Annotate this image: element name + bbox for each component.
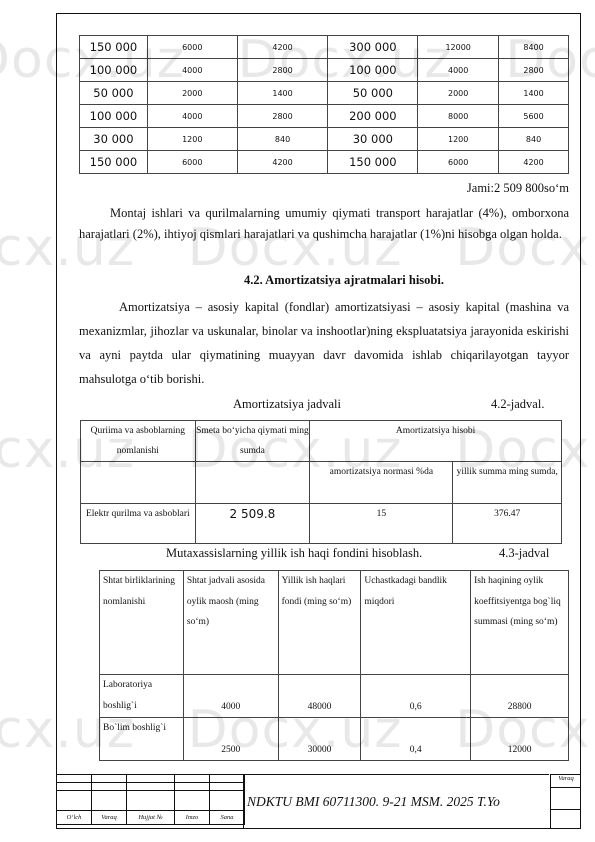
- table-cell: 28800: [471, 675, 569, 718]
- table-cell: 8400: [499, 36, 569, 59]
- table-cell: 6000: [418, 151, 499, 174]
- table-cell: 2800: [237, 105, 328, 128]
- table-row: 100 00040002800100 00040002800: [80, 59, 569, 82]
- sheet-label: Varaq: [551, 775, 581, 788]
- column-header: Uchastkadagi bandlik miqdori: [361, 571, 471, 675]
- table-cell: 2500: [183, 718, 278, 761]
- table-cell: 6000: [147, 36, 237, 59]
- table-cell: 150 000: [80, 151, 148, 174]
- table-cell: 4200: [237, 151, 328, 174]
- stamp-label: O‘lch: [57, 811, 92, 825]
- table-cell: 1400: [237, 82, 328, 105]
- table-cell: 2800: [237, 59, 328, 82]
- table-cell: 1200: [418, 128, 499, 151]
- paragraph-montaj: Montaj ishlari va qurilmalarning umumiy …: [79, 203, 569, 245]
- table-cell: 5600: [499, 105, 569, 128]
- table-cell: 0,6: [361, 675, 471, 718]
- table-cell: 300 000: [328, 36, 418, 59]
- table-cell: 30 000: [80, 128, 148, 151]
- table-cell: 840: [499, 128, 569, 151]
- table-cell: 8000: [418, 105, 499, 128]
- stamp-label: Hujjat №: [127, 811, 175, 825]
- table-cell: 1200: [147, 128, 237, 151]
- table42-caption: Amortizatsiya jadvali: [233, 394, 341, 415]
- amortization-table: Quriima va asboblarning nomlanishi Smeta…: [80, 420, 562, 544]
- table-row: 150 00060004200150 00060004200: [80, 151, 569, 174]
- table-row: 30 000120084030 0001200840: [80, 128, 569, 151]
- table42-number: 4.2-jadval.: [491, 394, 544, 415]
- table-cell: 6000: [147, 151, 237, 174]
- table-row: 50 0002000140050 00020001400: [80, 82, 569, 105]
- table-cell: 48000: [278, 675, 361, 718]
- row-name: Elektr qurilma va asboblari: [81, 504, 196, 544]
- column-header: Ish haqining oylik koeffitsiyentga bog`l…: [471, 571, 569, 675]
- table-row: 100 00040002800200 00080005600: [80, 105, 569, 128]
- table-cell: 4000: [418, 59, 499, 82]
- table-cell: 50 000: [80, 82, 148, 105]
- stamp-grid: O‘lchVaraqHujjat №ImzoSana: [56, 774, 245, 825]
- stamp-label: Varaq: [92, 811, 127, 825]
- table-cell: 200 000: [328, 105, 418, 128]
- table-cell: 50 000: [328, 82, 418, 105]
- table-cell: 1400: [499, 82, 569, 105]
- table-row: Laboratoriya boshlig`i4000480000,628800: [100, 675, 569, 718]
- table-cell: Bo`lim boshlig`i: [100, 718, 184, 761]
- salary-table: Shtat birliklarining nomlanishiShtat jad…: [99, 570, 569, 761]
- table-cell: 2000: [418, 82, 499, 105]
- column-header: Shtat jadvali asosida oylik maosh (ming …: [183, 571, 278, 675]
- table-cell: 30 000: [328, 128, 418, 151]
- header-cost: Smeta bo‘yicha qiymati ming sumda: [195, 421, 310, 462]
- section-title: 4.2. Amortizatsiya ajratmalari hisobi.: [79, 270, 569, 291]
- table-cell: 2000: [147, 82, 237, 105]
- paragraph-amortizatsiya: Amortizatsiya – asosiy kapital (fondlar)…: [79, 295, 569, 391]
- table-cell: 150 000: [328, 151, 418, 174]
- table-cell: 4000: [147, 105, 237, 128]
- table-cell: 30000: [278, 718, 361, 761]
- table-cell: 100 000: [80, 59, 148, 82]
- table43-caption: Mutaxassislarning yillik ish haqi fondin…: [166, 543, 422, 564]
- sheet-box: Varaq: [550, 774, 581, 829]
- table43-number: 4.3-jadval: [499, 543, 549, 564]
- stamp-label: Imzo: [175, 811, 210, 825]
- total-sum: Jami:2 509 800so‘m: [400, 178, 569, 199]
- table-cell: 840: [237, 128, 328, 151]
- table-row: Bo`lim boshlig`i2500300000,412000: [100, 718, 569, 761]
- table-cell: Laboratoriya boshlig`i: [100, 675, 184, 718]
- row-annual: 376.47: [453, 504, 562, 544]
- table-cell: 2800: [499, 59, 569, 82]
- table-cell: 4200: [499, 151, 569, 174]
- column-header: Shtat birliklarining nomlanishi: [100, 571, 184, 675]
- table-cell: 100 000: [80, 105, 148, 128]
- header-calc: Amortizatsiya hisobi: [310, 421, 562, 462]
- table-cell: 12000: [418, 36, 499, 59]
- document-code: NDKTU BMI 60711300. 9-21 MSM. 2025 T.Yo: [243, 774, 549, 829]
- table-cell: 150 000: [80, 36, 148, 59]
- table-cell: 4000: [147, 59, 237, 82]
- table-cell: 4200: [237, 36, 328, 59]
- cost-table: 150 00060004200300 000120008400100 00040…: [79, 35, 569, 174]
- header-rate: amortizatsiya normasi %da: [310, 462, 453, 504]
- table-cell: 4000: [183, 675, 278, 718]
- table-cell: 12000: [471, 718, 569, 761]
- stamp-label: Sana: [210, 811, 245, 825]
- column-header: Yillik ish haqlari fondi (ming so‘m): [278, 571, 361, 675]
- header-annual: yillik summa ming sumda,: [453, 462, 562, 504]
- row-cost: 2 509.8: [195, 504, 310, 544]
- table-cell: 100 000: [328, 59, 418, 82]
- table-row: 150 00060004200300 000120008400: [80, 36, 569, 59]
- table-cell: 0,4: [361, 718, 471, 761]
- header-name: Quriima va asboblarning nomlanishi: [81, 421, 196, 462]
- row-rate: 15: [310, 504, 453, 544]
- title-block: O‘lchVaraqHujjat №ImzoSana NDKTU BMI 607…: [56, 774, 581, 829]
